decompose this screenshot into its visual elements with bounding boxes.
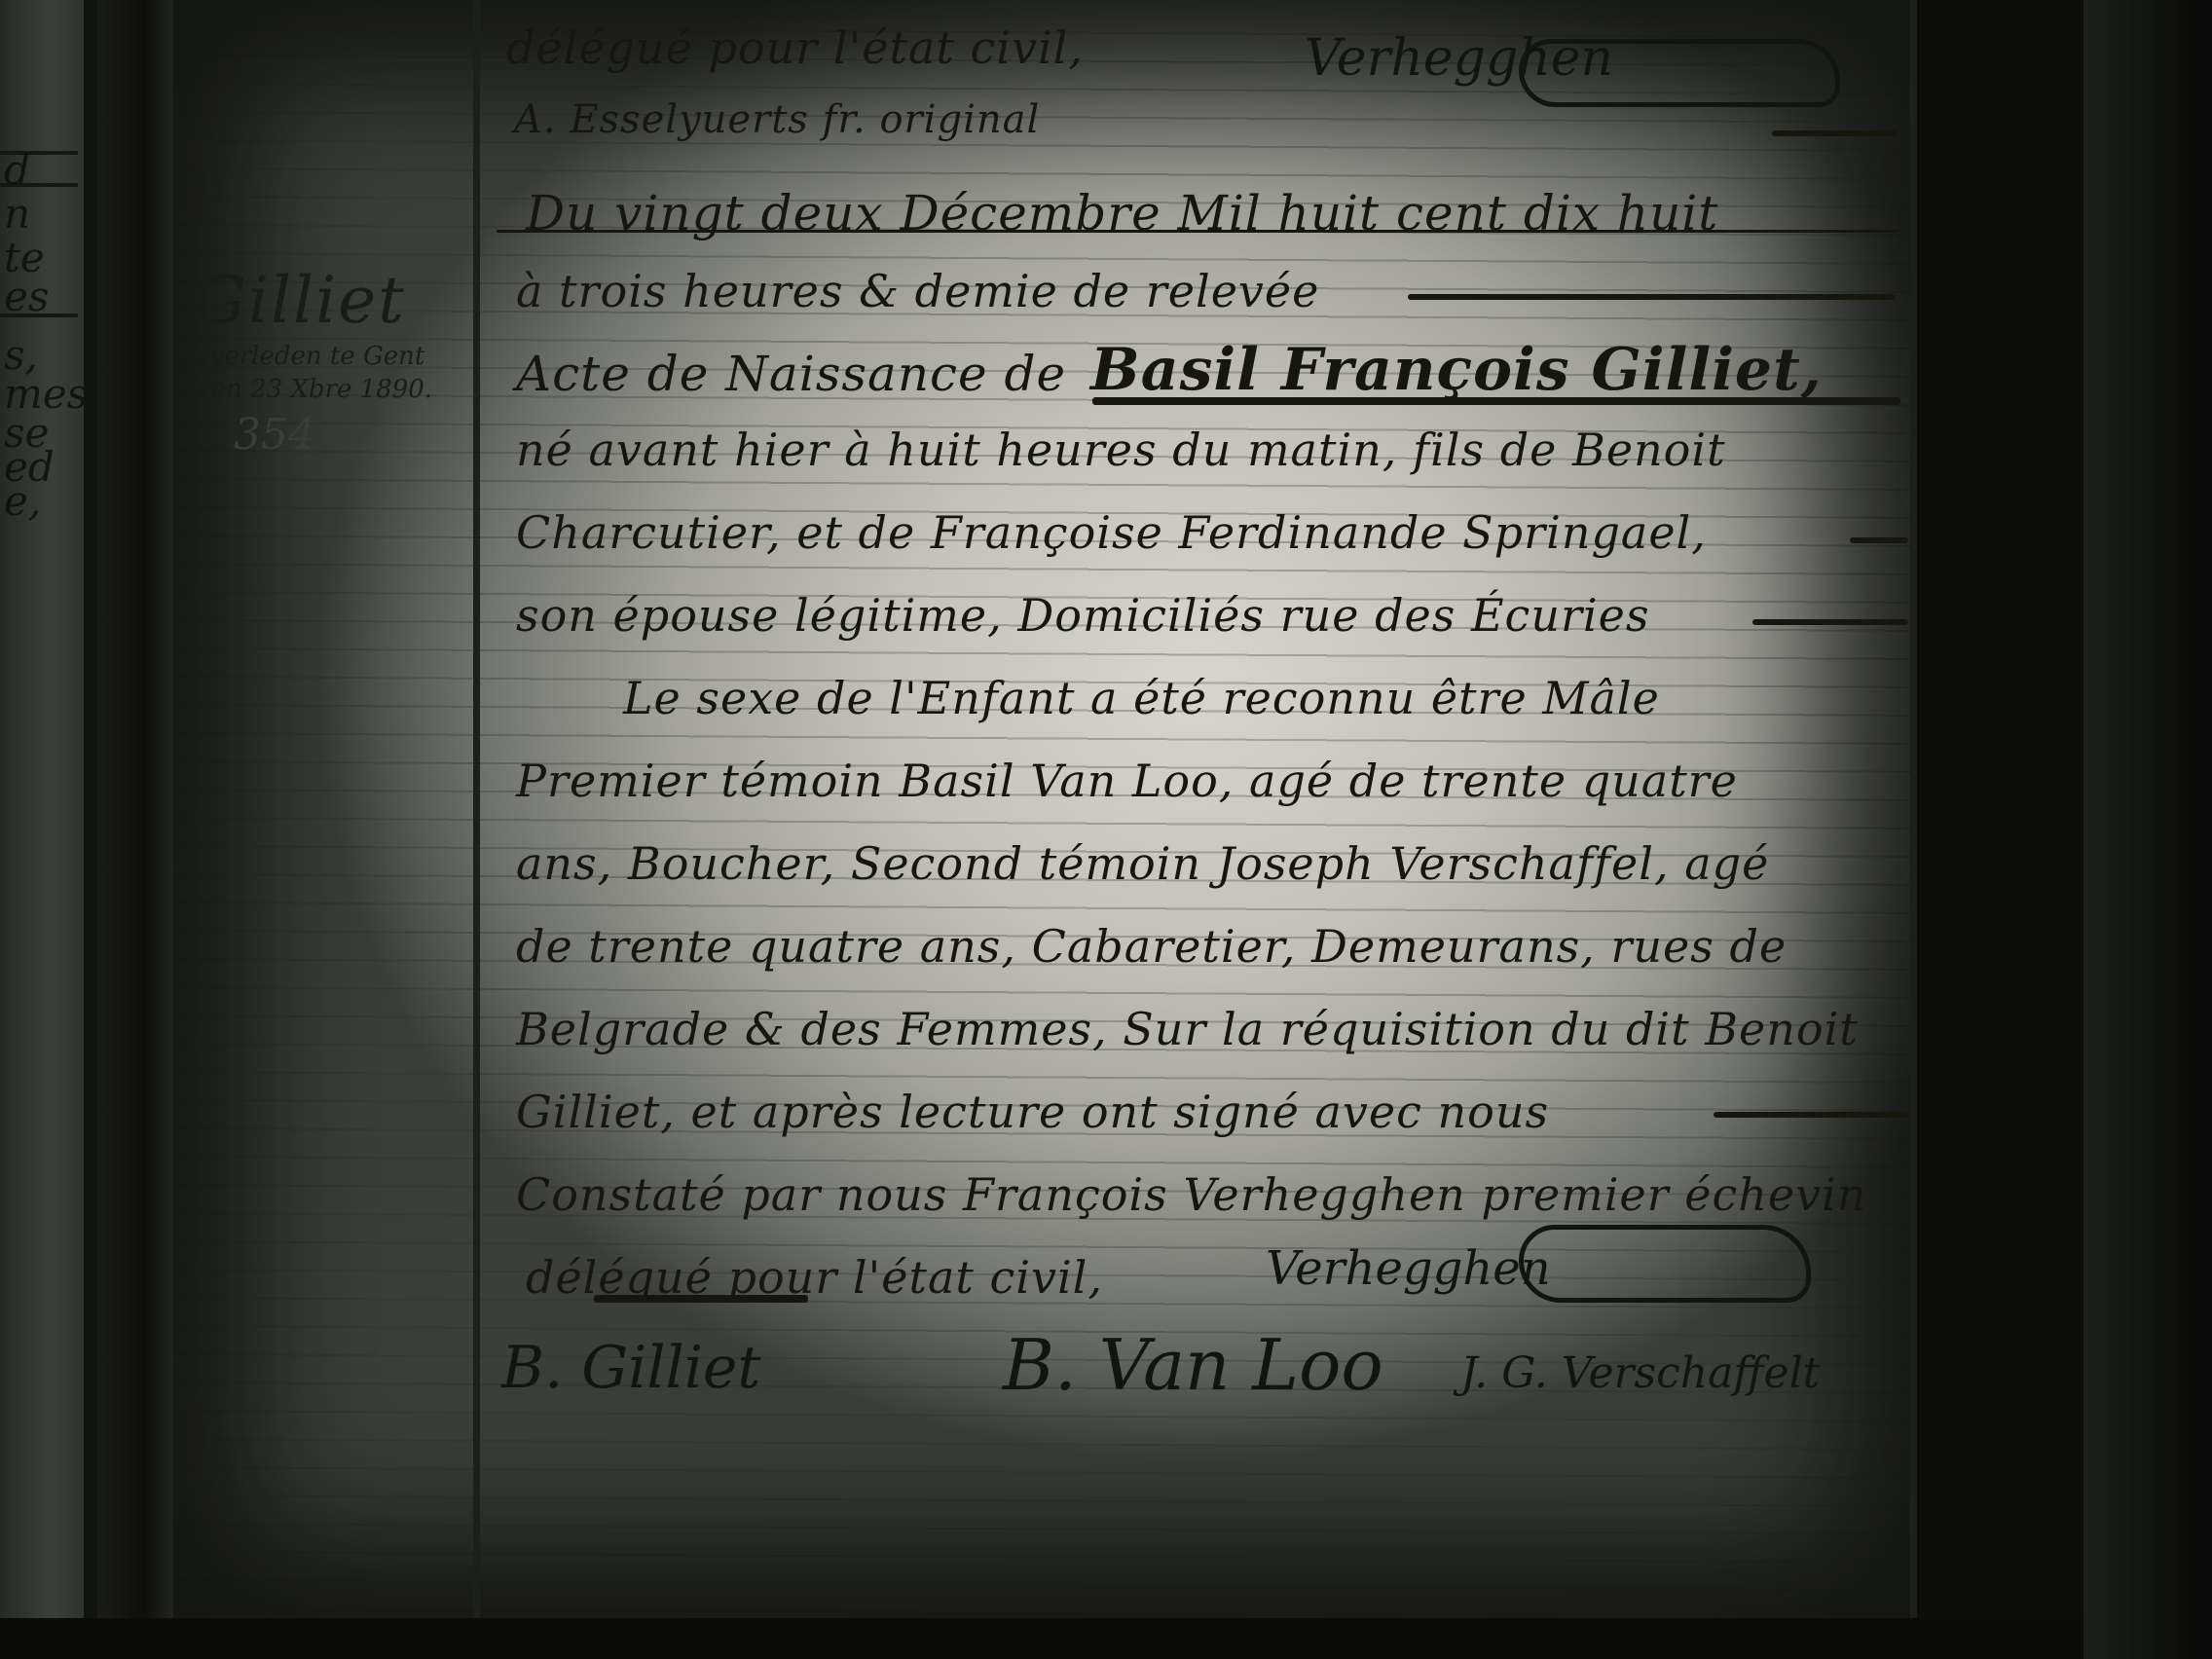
- register-scan: d n te es s, mes se ed e, Gilliet overle…: [0, 0, 2212, 1659]
- previous-entry-note: A. Esselyuerts fr. original: [514, 97, 1040, 142]
- entry-line-officer: Constaté par nous François Verhegghen pr…: [516, 1168, 1866, 1221]
- line-filler: [1772, 130, 1899, 136]
- child-name-underline: [1092, 397, 1900, 405]
- page-gutter: [97, 0, 175, 1659]
- underline: [594, 1295, 808, 1303]
- entry-line-witness2: ans, Boucher, Second témoin Joseph Versc…: [516, 837, 1769, 890]
- officer-signature: Verhegghen: [1266, 1241, 1551, 1296]
- left-page-fragment: n: [4, 190, 30, 238]
- entry-line-birth: né avant hier à huit heures du matin, fi…: [516, 424, 1726, 476]
- entry-line-residences: de trente quatre ans, Cabaretier, Demeur…: [516, 920, 1787, 973]
- line-filler: [1850, 537, 1908, 543]
- previous-entry-line: délégué pour l'état civil,: [506, 21, 1084, 74]
- child-name: Basil François Gilliet,: [1090, 336, 1823, 404]
- entry-line-signed: Gilliet, et après lecture ont signé avec…: [516, 1086, 1549, 1138]
- signature-flourish: [1519, 39, 1840, 107]
- right-frame: [2083, 0, 2212, 1659]
- father-signature: B. Gilliet: [501, 1334, 761, 1402]
- underline: [497, 230, 1899, 233]
- witness1-signature: B. Van Loo: [1003, 1324, 1383, 1406]
- bottom-frame: [0, 1618, 2212, 1659]
- margin-death-note: overleden te Gent: [195, 342, 448, 371]
- entry-act-title: Acte de Naissance de: [516, 346, 1066, 402]
- entry-time-line: à trois heures & demie de relevée: [516, 265, 1319, 317]
- margin-entry-number: 354: [234, 410, 448, 460]
- entry-line-witness1: Premier témoin Basil Van Loo, agé de tre…: [516, 755, 1738, 807]
- margin-death-date: den 23 Xbre 1890.: [195, 375, 448, 404]
- line-filler: [1408, 294, 1895, 300]
- margin-surname: Gilliet: [195, 263, 448, 338]
- entry-line-sex: Le sexe de l'Enfant a été reconnu être M…: [623, 672, 1660, 724]
- signature-flourish: [1519, 1225, 1811, 1303]
- line-filler: [1714, 1112, 1908, 1118]
- entry-line-parents: Charcutier, et de Françoise Ferdinande S…: [516, 506, 1707, 559]
- binding-line: [84, 0, 97, 1659]
- witness2-signature: J. G. Verschaffelt: [1460, 1348, 1820, 1398]
- line-filler: [1752, 619, 1908, 625]
- left-page-fragment: d: [4, 146, 30, 194]
- left-page-fragment: e,: [4, 477, 41, 525]
- left-page-fragment: es: [4, 273, 49, 320]
- right-column-rule: [1910, 0, 1917, 1618]
- margin-annotation: Gilliet overleden te Gent den 23 Xbre 18…: [195, 263, 448, 460]
- entry-date-line: Du vingt deux Décembre Mil huit cent dix…: [526, 185, 1718, 241]
- entry-line-requisition: Belgrade & des Femmes, Sur la réquisitio…: [516, 1003, 1859, 1055]
- margin-column-rule: [473, 0, 480, 1618]
- entry-line-residence: son épouse légitime, Domiciliés rue des …: [516, 589, 1649, 642]
- left-neighbour-page: d n te es s, mes se ed e,: [0, 0, 86, 1659]
